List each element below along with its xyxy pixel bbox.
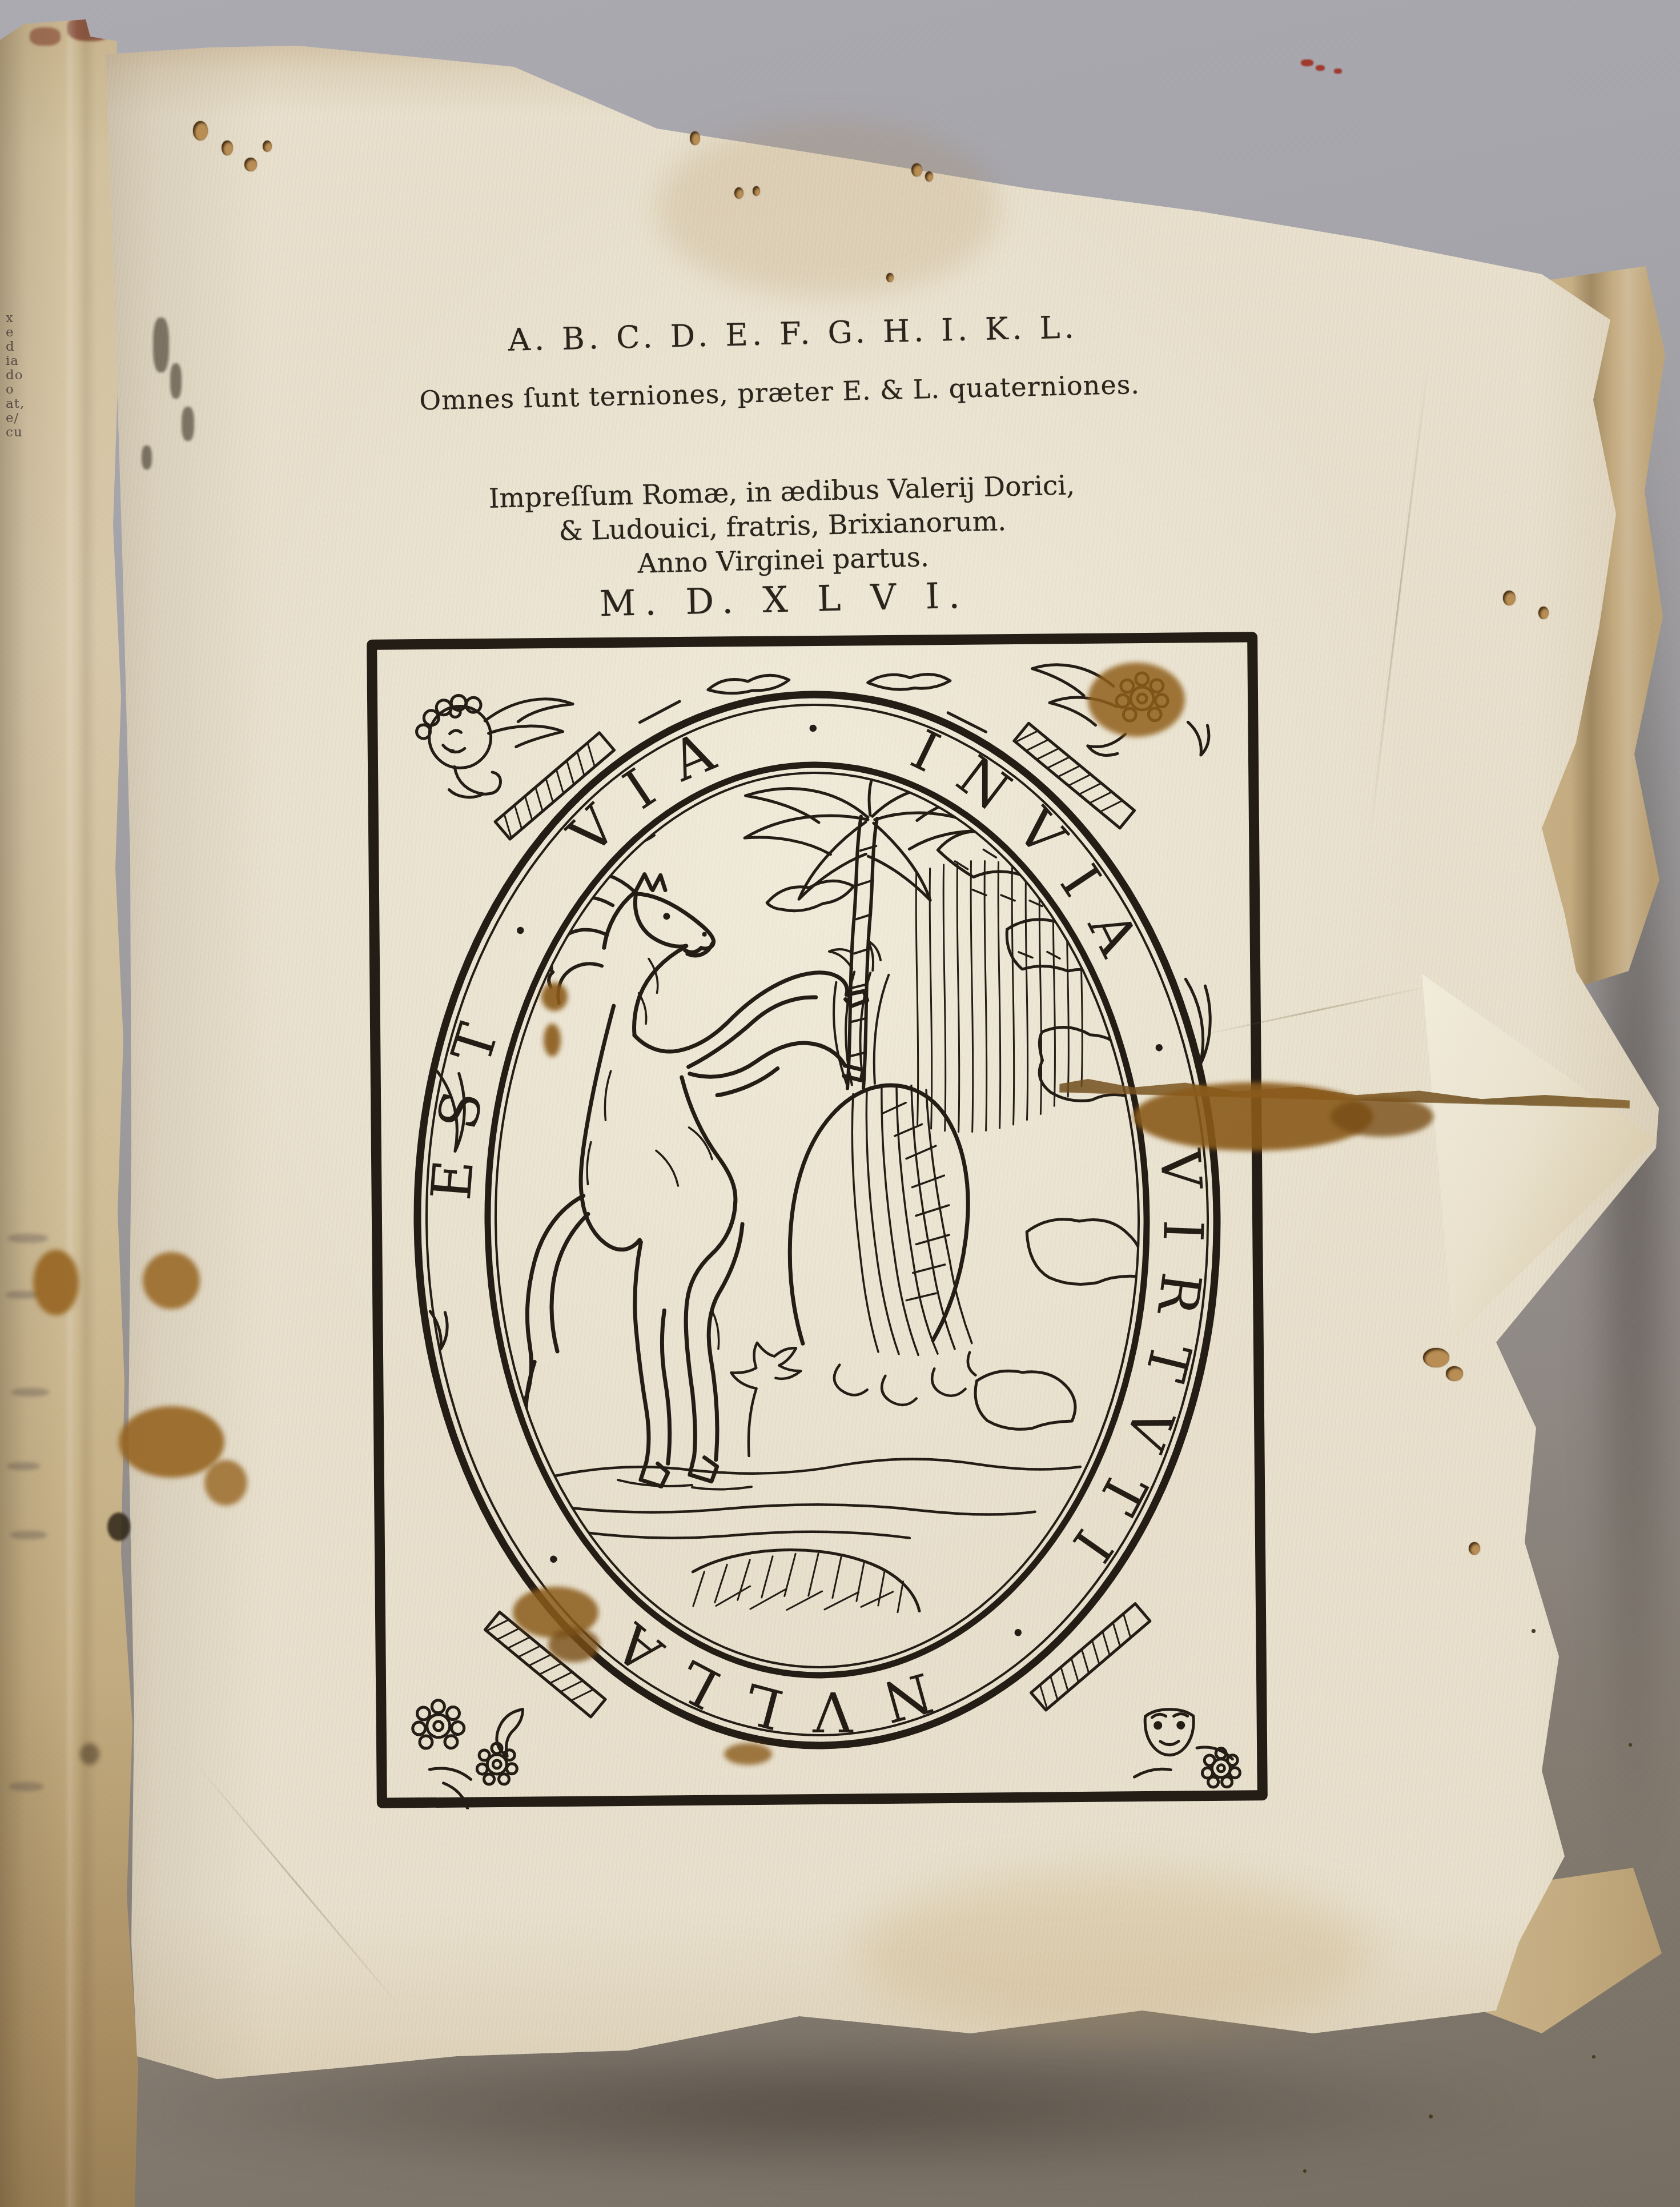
collation-line: Omnes ſunt terniones, præter E. & L. qua… xyxy=(380,368,1180,417)
dust-speck xyxy=(1532,1629,1536,1633)
wormhole xyxy=(193,121,208,141)
gutter-ink-mark xyxy=(153,318,169,372)
stain-wash-top xyxy=(657,120,999,297)
horse-shading xyxy=(585,958,719,1350)
dust-speck xyxy=(1629,1743,1632,1747)
fragment: x xyxy=(6,311,69,326)
wormhole xyxy=(886,273,894,282)
wormhole xyxy=(263,141,272,152)
stain-blob-tear xyxy=(1331,1097,1433,1137)
wormhole xyxy=(690,131,700,145)
wormhole-cluster xyxy=(1423,1348,1449,1367)
stain-blob xyxy=(1088,663,1185,737)
wormhole-cluster xyxy=(1446,1366,1463,1381)
showthrough-smudge xyxy=(11,1388,49,1397)
red-edge-speck xyxy=(1334,69,1342,74)
wormhole xyxy=(925,171,933,182)
stain-blob-gutter xyxy=(204,1460,247,1506)
colophon-text-block: A. B. C. D. E. F. G. H. I. K. L. Omnes ſ… xyxy=(378,307,1184,626)
showthrough-smudge xyxy=(7,1462,40,1470)
fragment: d xyxy=(6,340,69,354)
showthrough-smudge xyxy=(9,1782,43,1791)
stain-blob-gutter xyxy=(119,1406,224,1478)
fragment: e/ xyxy=(6,411,69,426)
stain-blob xyxy=(544,1024,561,1057)
showthrough-smudge xyxy=(8,1234,48,1243)
register-line: A. B. C. D. E. F. G. H. I. K. L. xyxy=(393,307,1193,361)
wormhole xyxy=(911,163,922,176)
dust-speck xyxy=(1592,2055,1595,2058)
fragment: at, xyxy=(6,397,69,411)
wormhole xyxy=(222,141,233,155)
stain-blob-gutter xyxy=(143,1252,200,1309)
wormhole xyxy=(1503,591,1516,605)
waterfall-rock xyxy=(787,940,975,1406)
stain-blob-gutter xyxy=(33,1250,79,1315)
wormhole xyxy=(1538,607,1549,619)
fragment: o xyxy=(6,383,69,397)
fragment: ia xyxy=(6,354,69,368)
dust-speck xyxy=(1303,2169,1307,2173)
wormhole xyxy=(734,187,743,199)
gutter-ink-mark xyxy=(142,446,152,470)
waterfall-foam xyxy=(834,1353,976,1406)
rearing-horse xyxy=(508,870,871,1491)
reeds xyxy=(829,941,890,1086)
printer-device-woodcut: EST · VIA · INVIA · VIRTVTI · NVLLA · xyxy=(365,630,1269,1810)
dark-spot xyxy=(80,1743,99,1765)
fragment: e xyxy=(6,326,69,340)
gutter-ink-mark xyxy=(182,407,194,441)
palm-tree xyxy=(744,773,992,1089)
binding-remnant xyxy=(30,27,61,46)
gutter-ink-mark xyxy=(170,363,182,399)
dust-speck xyxy=(1429,2114,1433,2118)
stain-blob xyxy=(724,1743,772,1765)
wormhole xyxy=(244,158,257,171)
fragment: do xyxy=(6,368,69,383)
small-plant xyxy=(731,1342,802,1456)
mask-ornament-bottom-right xyxy=(1134,1709,1240,1788)
photo-of-book-colophon-page: x e d ia do o at, e/ cu A. B. C. D. E. F… xyxy=(0,0,1680,2207)
red-edge-speck xyxy=(1316,65,1325,71)
stain-wash-bottom xyxy=(857,1873,1370,2033)
colophon-page: A. B. C. D. E. F. G. H. I. K. L. Omnes ſ… xyxy=(80,31,1679,2088)
wormhole xyxy=(1469,1542,1480,1555)
stain-blob xyxy=(541,982,568,1011)
facing-page-text-fragments: x e d ia do o at, e/ cu xyxy=(6,311,69,440)
stain-blob xyxy=(548,1628,600,1662)
showthrough-smudge xyxy=(10,1531,47,1539)
waterfall-streams xyxy=(852,1084,972,1356)
fragment: cu xyxy=(6,426,69,440)
red-edge-speck xyxy=(1301,59,1313,66)
binding-remnant xyxy=(67,15,112,41)
dark-spot xyxy=(107,1512,130,1541)
wormhole xyxy=(753,186,760,196)
rosette-ornament-bottom-left xyxy=(412,1700,524,1810)
cherub-ornament-top-left xyxy=(416,695,574,798)
